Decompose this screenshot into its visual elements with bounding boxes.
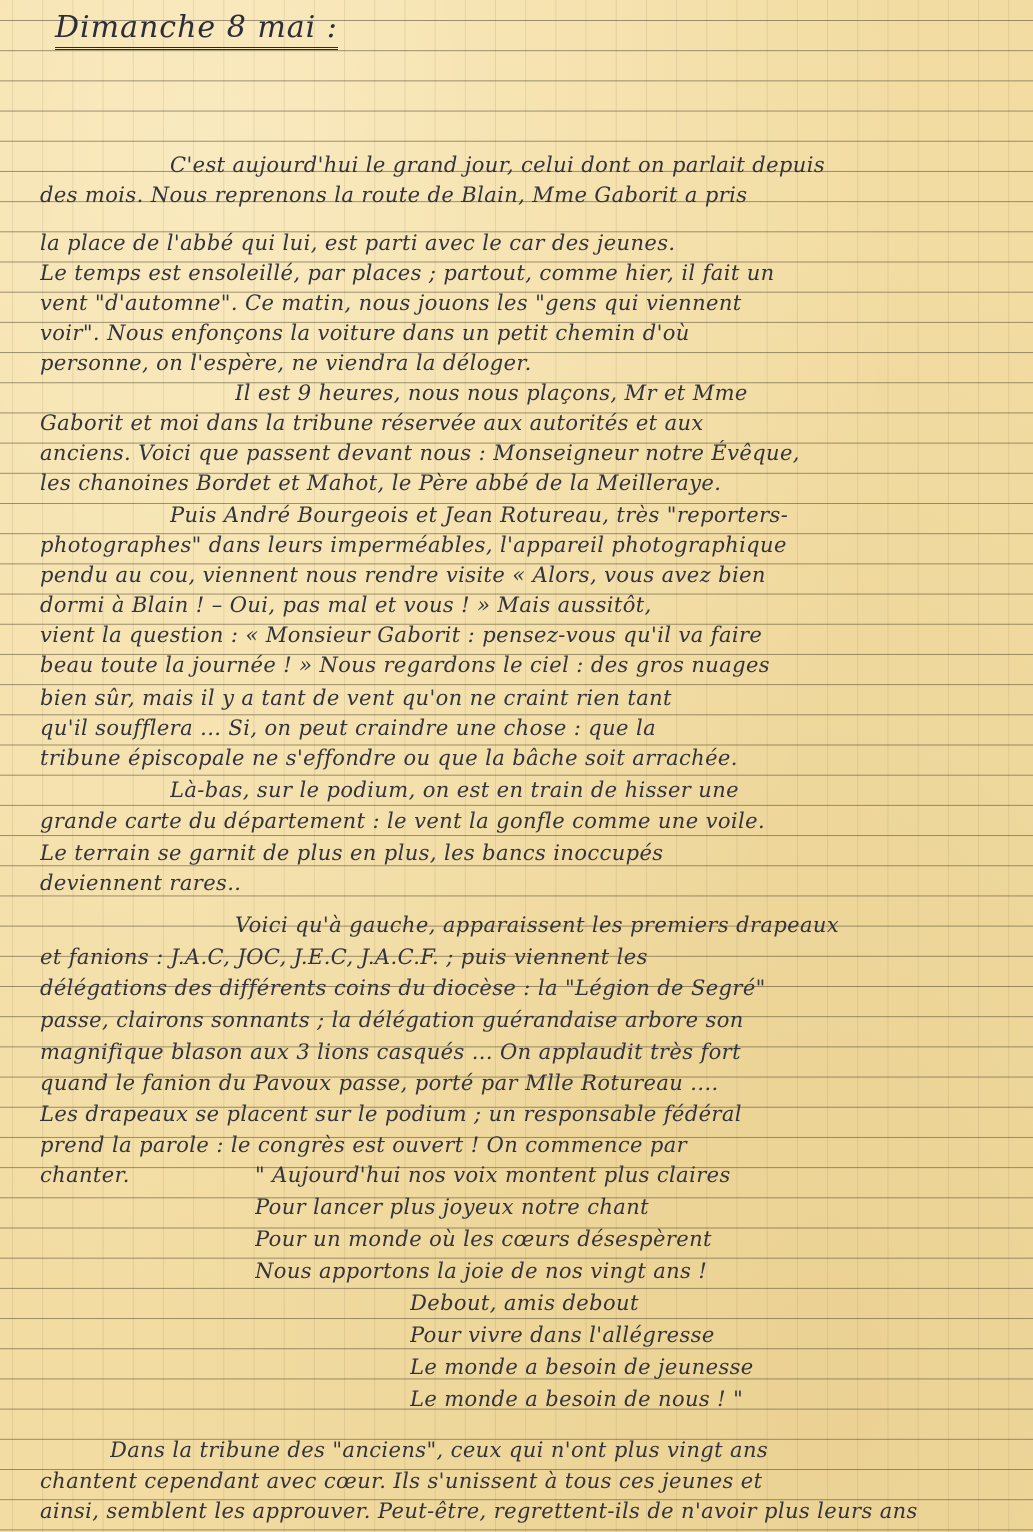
text-line: Le temps est ensoleillé, par places ; pa… <box>40 258 1023 288</box>
text-line: Voici qu'à gauche, apparaissent les prem… <box>235 910 1023 940</box>
text-line: tribune épiscopale ne s'effondre ou que … <box>40 743 1023 773</box>
text-line: Puis André Bourgeois et Jean Rotureau, t… <box>170 500 1023 530</box>
text-line: délégations des différents coins du dioc… <box>40 973 1023 1003</box>
journal-page: Dimanche 8 mai : C'est aujourd'hui le gr… <box>0 0 1033 1532</box>
song-line: Nous apportons la joie de nos vingt ans … <box>255 1256 1023 1286</box>
text-line: des mois. Nous reprenons la route de Bla… <box>40 180 1023 210</box>
text-line: deviennent rares.. <box>40 868 1023 898</box>
text-line: et fanions : J.A.C, JOC, J.E.C, J.A.C.F.… <box>40 942 1023 972</box>
text-line: ainsi, semblent les approuver. Peut-être… <box>40 1496 1023 1526</box>
text-line: chantent cependant avec cœur. Ils s'unis… <box>40 1466 1023 1496</box>
text-line: la place de l'abbé qui lui, est parti av… <box>40 228 1023 258</box>
text-line: Les drapeaux se placent sur le podium ; … <box>40 1099 1023 1129</box>
text-line: quand le fanion du Pavoux passe, porté p… <box>40 1068 1023 1098</box>
text-line: voir". Nous enfonçons la voiture dans un… <box>40 318 1023 348</box>
refrain-line: Le monde a besoin de nous ! " <box>410 1384 1023 1414</box>
text-line: Il est 9 heures, nous nous plaçons, Mr e… <box>235 378 1023 408</box>
text-line: beau toute la journée ! » Nous regardons… <box>40 650 1023 680</box>
text-line: Le terrain se garnit de plus en plus, le… <box>40 838 1023 868</box>
text-line: C'est aujourd'hui le grand jour, celui d… <box>170 150 1023 180</box>
text-line: dormi à Blain ! – Oui, pas mal et vous !… <box>40 590 1023 620</box>
text-line: anciens. Voici que passent devant nous :… <box>40 438 1023 468</box>
text-line: Dans la tribune des "anciens", ceux qui … <box>110 1435 1023 1465</box>
song-line: Pour lancer plus joyeux notre chant <box>255 1192 1023 1222</box>
song-line: " Aujourd'hui nos voix montent plus clai… <box>255 1160 1023 1190</box>
text-line: vent "d'automne". Ce matin, nous jouons … <box>40 288 1023 318</box>
text-line: bien sûr, mais il y a tant de vent qu'on… <box>40 683 1023 713</box>
page-title: Dimanche 8 mai : <box>55 10 338 50</box>
text-line: personne, on l'espère, ne viendra la dél… <box>40 348 1023 378</box>
text-line: passe, clairons sonnants ; la délégation… <box>40 1005 1023 1035</box>
refrain-line: Pour vivre dans l'allégresse <box>410 1320 1023 1350</box>
text-line: qu'il soufflera ... Si, on peut craindre… <box>40 713 1023 743</box>
refrain-line: Debout, amis debout <box>410 1288 1023 1318</box>
text-line: grande carte du département : le vent la… <box>40 806 1023 836</box>
text-line: magnifique blason aux 3 lions casqués ..… <box>40 1037 1023 1067</box>
refrain-line: Le monde a besoin de jeunesse <box>410 1352 1023 1382</box>
text-line: Là-bas, sur le podium, on est en train d… <box>170 775 1023 805</box>
text-line: prend la parole : le congrès est ouvert … <box>40 1130 1023 1160</box>
text-line: Gaborit et moi dans la tribune réservée … <box>40 408 1023 438</box>
text-line: pendu au cou, viennent nous rendre visit… <box>40 560 1023 590</box>
text-line: les chanoines Bordet et Mahot, le Père a… <box>40 468 1023 498</box>
song-line: Pour un monde où les cœurs désespèrent <box>255 1224 1023 1254</box>
text-line: vient la question : « Monsieur Gaborit :… <box>40 620 1023 650</box>
text-line: photographes" dans leurs imperméables, l… <box>40 530 1023 560</box>
